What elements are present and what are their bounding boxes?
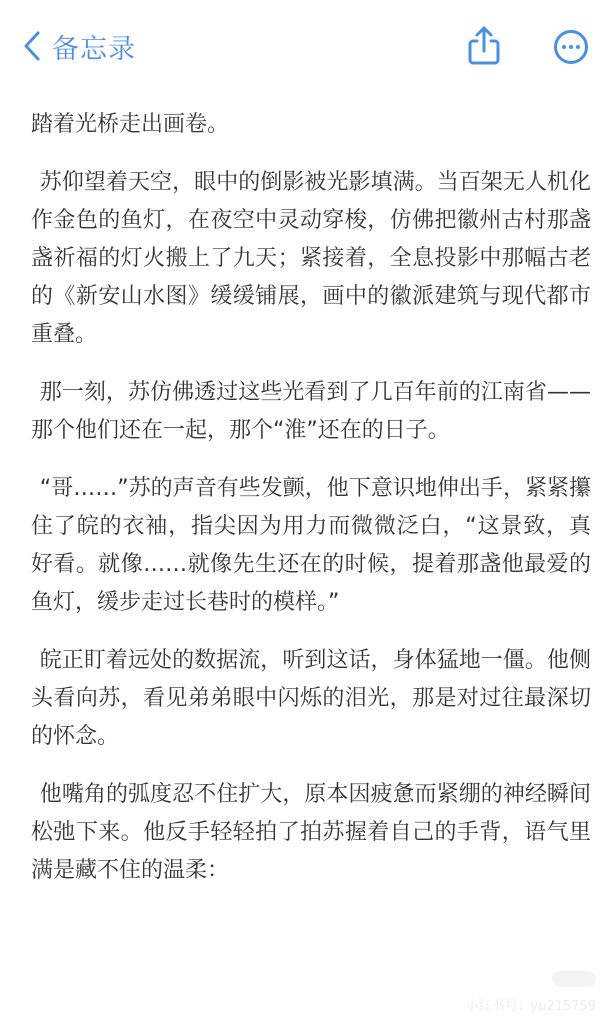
note-paragraph: 那一刻，苏仿佛透过这些光看到了几百年前的江南省——那个他们还在一起，那个“淮”还…: [31, 374, 591, 450]
note-paragraph: 苏仰望着天空，眼中的倒影被光影填满。当百架无人机化作金色的鱼灯，在夜空中灵动穿梭…: [31, 164, 591, 354]
share-button[interactable]: [466, 24, 502, 66]
share-icon: [466, 24, 502, 66]
more-icon: [553, 29, 589, 65]
watermark-text: 小红书号：yu215759: [465, 995, 596, 1014]
navigation-bar: 备忘录: [0, 0, 614, 95]
back-label: 备忘录: [52, 27, 136, 66]
watermark-logo-icon: [552, 971, 596, 987]
watermark: 小红书号：yu215759: [465, 971, 596, 1014]
note-paragraph: “哥……”苏的声音有些发颤，他下意识地伸出手，紧紧攥住了皖的衣袖，指尖因为用力而…: [31, 470, 591, 622]
note-paragraph: 他嘴角的弧度忍不住扩大，原本因疲惫而紧绷的神经瞬间松弛下来。他反手轻轻拍了拍苏握…: [31, 776, 591, 890]
note-body[interactable]: 踏着光桥走出画卷。 苏仰望着天空，眼中的倒影被光影填满。当百架无人机化作金色的鱼…: [31, 106, 591, 910]
back-button[interactable]: 备忘录: [24, 26, 136, 66]
chevron-left-icon: [24, 31, 40, 61]
note-paragraph: 踏着光桥走出画卷。: [31, 106, 591, 144]
more-button[interactable]: [553, 29, 589, 65]
note-paragraph: 皖正盯着远处的数据流，听到这话，身体猛地一僵。他侧头看向苏，看见弟弟眼中闪烁的泪…: [31, 642, 591, 756]
